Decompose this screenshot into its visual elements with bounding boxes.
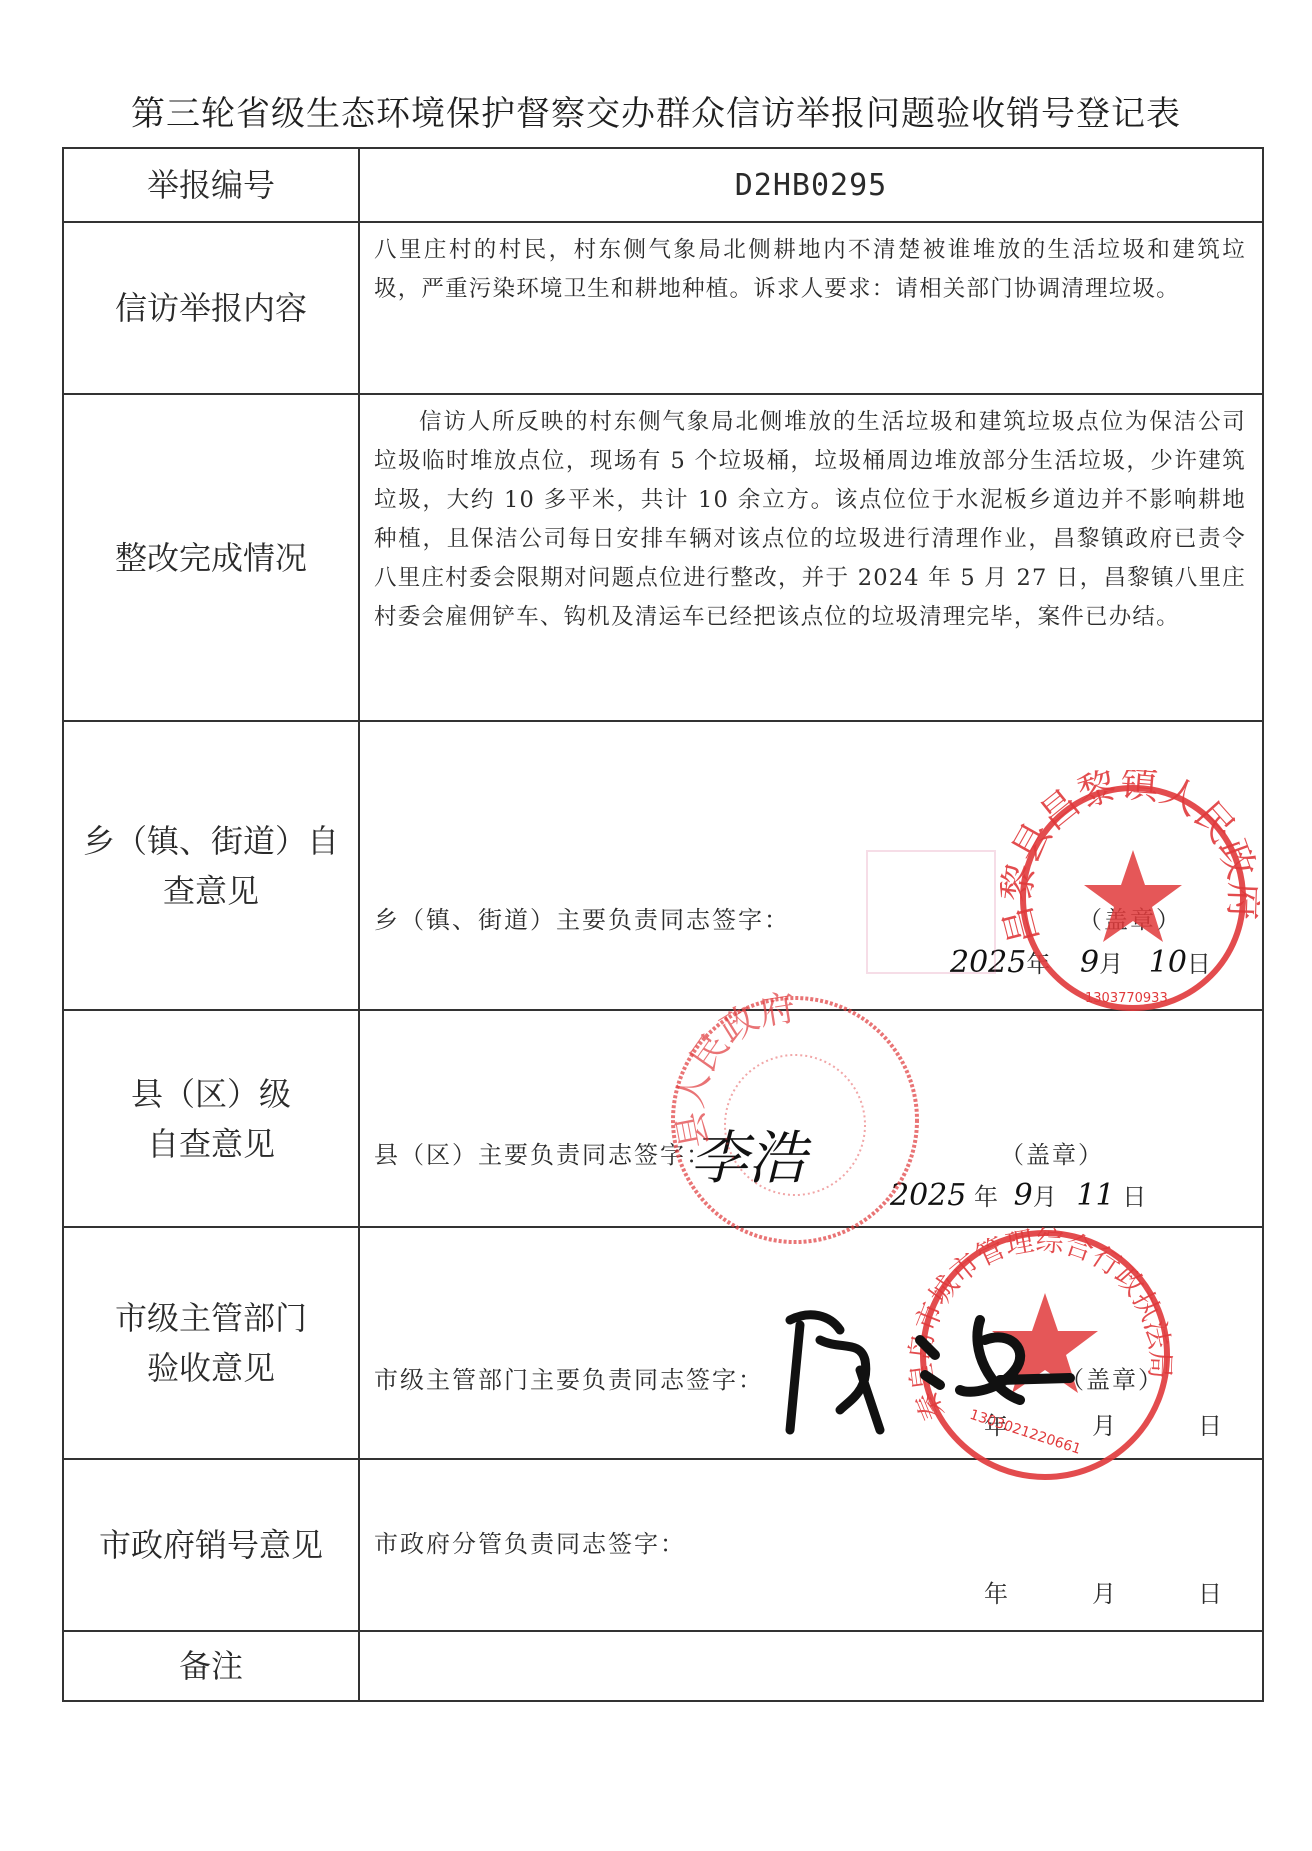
county-review-label-line2: 自查意见 xyxy=(64,1119,358,1169)
remarks-label: 备注 xyxy=(63,1631,359,1701)
county-review-cell: 县（区）主要负责同志签字： 李浩 （盖章） 2025 年 9月 11 日 xyxy=(359,1010,1263,1227)
county-date-year: 2025 xyxy=(890,1178,966,1213)
city-dept-acceptance-label-line1: 市级主管部门 xyxy=(64,1293,358,1343)
city-dept-year-unit: 年 xyxy=(984,1406,1008,1441)
county-handwritten-signature: 李浩 xyxy=(690,1111,806,1195)
complaint-content-cell: 八里庄村的村民，村东侧气象局北侧耕地内不清楚被谁堆放的生活垃圾和建筑垃圾，严重污… xyxy=(359,222,1263,394)
county-review-label: 县（区）级 自查意见 xyxy=(63,1010,359,1227)
township-date-day: 10 xyxy=(1149,945,1187,980)
township-signature-prompt: 乡（镇、街道）主要负责同志签字： xyxy=(374,900,790,935)
month-unit: 月 xyxy=(1099,950,1123,978)
city-dept-acceptance-label: 市级主管部门 验收意见 xyxy=(63,1227,359,1459)
remarks-value xyxy=(359,1631,1263,1701)
year-unit: 年 xyxy=(1026,950,1050,978)
city-gov-closure-cell: 市政府分管负责同志签字： 年 月 日 xyxy=(359,1459,1263,1631)
city-dept-signature-prompt: 市级主管部门主要负责同志签字： xyxy=(374,1360,764,1395)
year-unit: 年 xyxy=(974,1183,998,1211)
rectification-status-label: 整改完成情况 xyxy=(63,394,359,721)
county-review-label-line1: 县（区）级 xyxy=(64,1069,358,1119)
city-dept-acceptance-label-line2: 验收意见 xyxy=(64,1343,358,1393)
township-date-month: 9 xyxy=(1080,945,1099,980)
report-number-label: 举报编号 xyxy=(63,148,359,222)
rectification-status-cell: 信访人所反映的村东侧气象局北侧堆放的生活垃圾和建筑垃圾点位为保洁公司垃圾临时堆放… xyxy=(359,394,1263,721)
township-review-label-line1: 乡（镇、街道）自 xyxy=(64,816,358,866)
county-date: 2025 年 9月 11 日 xyxy=(890,1177,1146,1213)
township-date-year: 2025 xyxy=(950,945,1026,980)
day-unit: 日 xyxy=(1187,950,1211,978)
township-review-label-line2: 查意见 xyxy=(64,866,358,916)
city-dept-day-unit: 日 xyxy=(1198,1406,1222,1441)
county-seal-label: （盖章） xyxy=(1000,1135,1104,1170)
city-dept-seal-label: （盖章） xyxy=(1060,1360,1164,1395)
township-review-cell: 乡（镇、街道）主要负责同志签字： （盖章） 2025年 9月 10日 xyxy=(359,721,1263,1010)
county-date-month: 9 xyxy=(1014,1178,1033,1213)
complaint-content-label: 信访举报内容 xyxy=(63,222,359,394)
row-city-dept-acceptance: 市级主管部门 验收意见 市级主管部门主要负责同志签字： （盖章） 年 月 日 xyxy=(63,1227,1263,1459)
complaint-content-text: 八里庄村的村民，村东侧气象局北侧耕地内不清楚被谁堆放的生活垃圾和建筑垃圾，严重污… xyxy=(360,223,1262,317)
township-date: 2025年 9月 10日 xyxy=(950,944,1211,980)
city-gov-year-unit: 年 xyxy=(984,1574,1008,1609)
row-remarks: 备注 xyxy=(63,1631,1263,1701)
row-township-review: 乡（镇、街道）自 查意见 乡（镇、街道）主要负责同志签字： （盖章） 2025年… xyxy=(63,721,1263,1010)
row-complaint-content: 信访举报内容 八里庄村的村民，村东侧气象局北侧耕地内不清楚被谁堆放的生活垃圾和建… xyxy=(63,222,1263,394)
day-unit: 日 xyxy=(1122,1183,1146,1211)
report-number-value: D2HB0295 xyxy=(359,148,1263,222)
city-gov-closure-label: 市政府销号意见 xyxy=(63,1459,359,1631)
row-report-number: 举报编号 D2HB0295 xyxy=(63,148,1263,222)
township-review-label: 乡（镇、街道）自 查意见 xyxy=(63,721,359,1010)
month-unit: 月 xyxy=(1033,1183,1057,1211)
township-seal-label: （盖章） xyxy=(1078,900,1182,935)
county-date-day: 11 xyxy=(1076,1178,1114,1213)
registration-form-table: 举报编号 D2HB0295 信访举报内容 八里庄村的村民，村东侧气象局北侧耕地内… xyxy=(62,147,1264,1702)
city-gov-signature-prompt: 市政府分管负责同志签字： xyxy=(374,1524,686,1559)
document-title: 第三轮省级生态环境保护督察交办群众信访举报问题验收销号登记表 xyxy=(0,86,1312,135)
county-signature-prompt: 县（区）主要负责同志签字： xyxy=(374,1135,712,1170)
rectification-status-text: 信访人所反映的村东侧气象局北侧堆放的生活垃圾和建筑垃圾点位为保洁公司垃圾临时堆放… xyxy=(360,395,1262,645)
city-gov-month-unit: 月 xyxy=(1092,1574,1116,1609)
city-dept-acceptance-cell: 市级主管部门主要负责同志签字： （盖章） 年 月 日 xyxy=(359,1227,1263,1459)
city-gov-day-unit: 日 xyxy=(1198,1574,1222,1609)
row-rectification-status: 整改完成情况 信访人所反映的村东侧气象局北侧堆放的生活垃圾和建筑垃圾点位为保洁公… xyxy=(63,394,1263,721)
row-county-review: 县（区）级 自查意见 县（区）主要负责同志签字： 李浩 （盖章） 2025 年 … xyxy=(63,1010,1263,1227)
city-dept-month-unit: 月 xyxy=(1092,1406,1116,1441)
row-city-gov-closure: 市政府销号意见 市政府分管负责同志签字： 年 月 日 xyxy=(63,1459,1263,1631)
